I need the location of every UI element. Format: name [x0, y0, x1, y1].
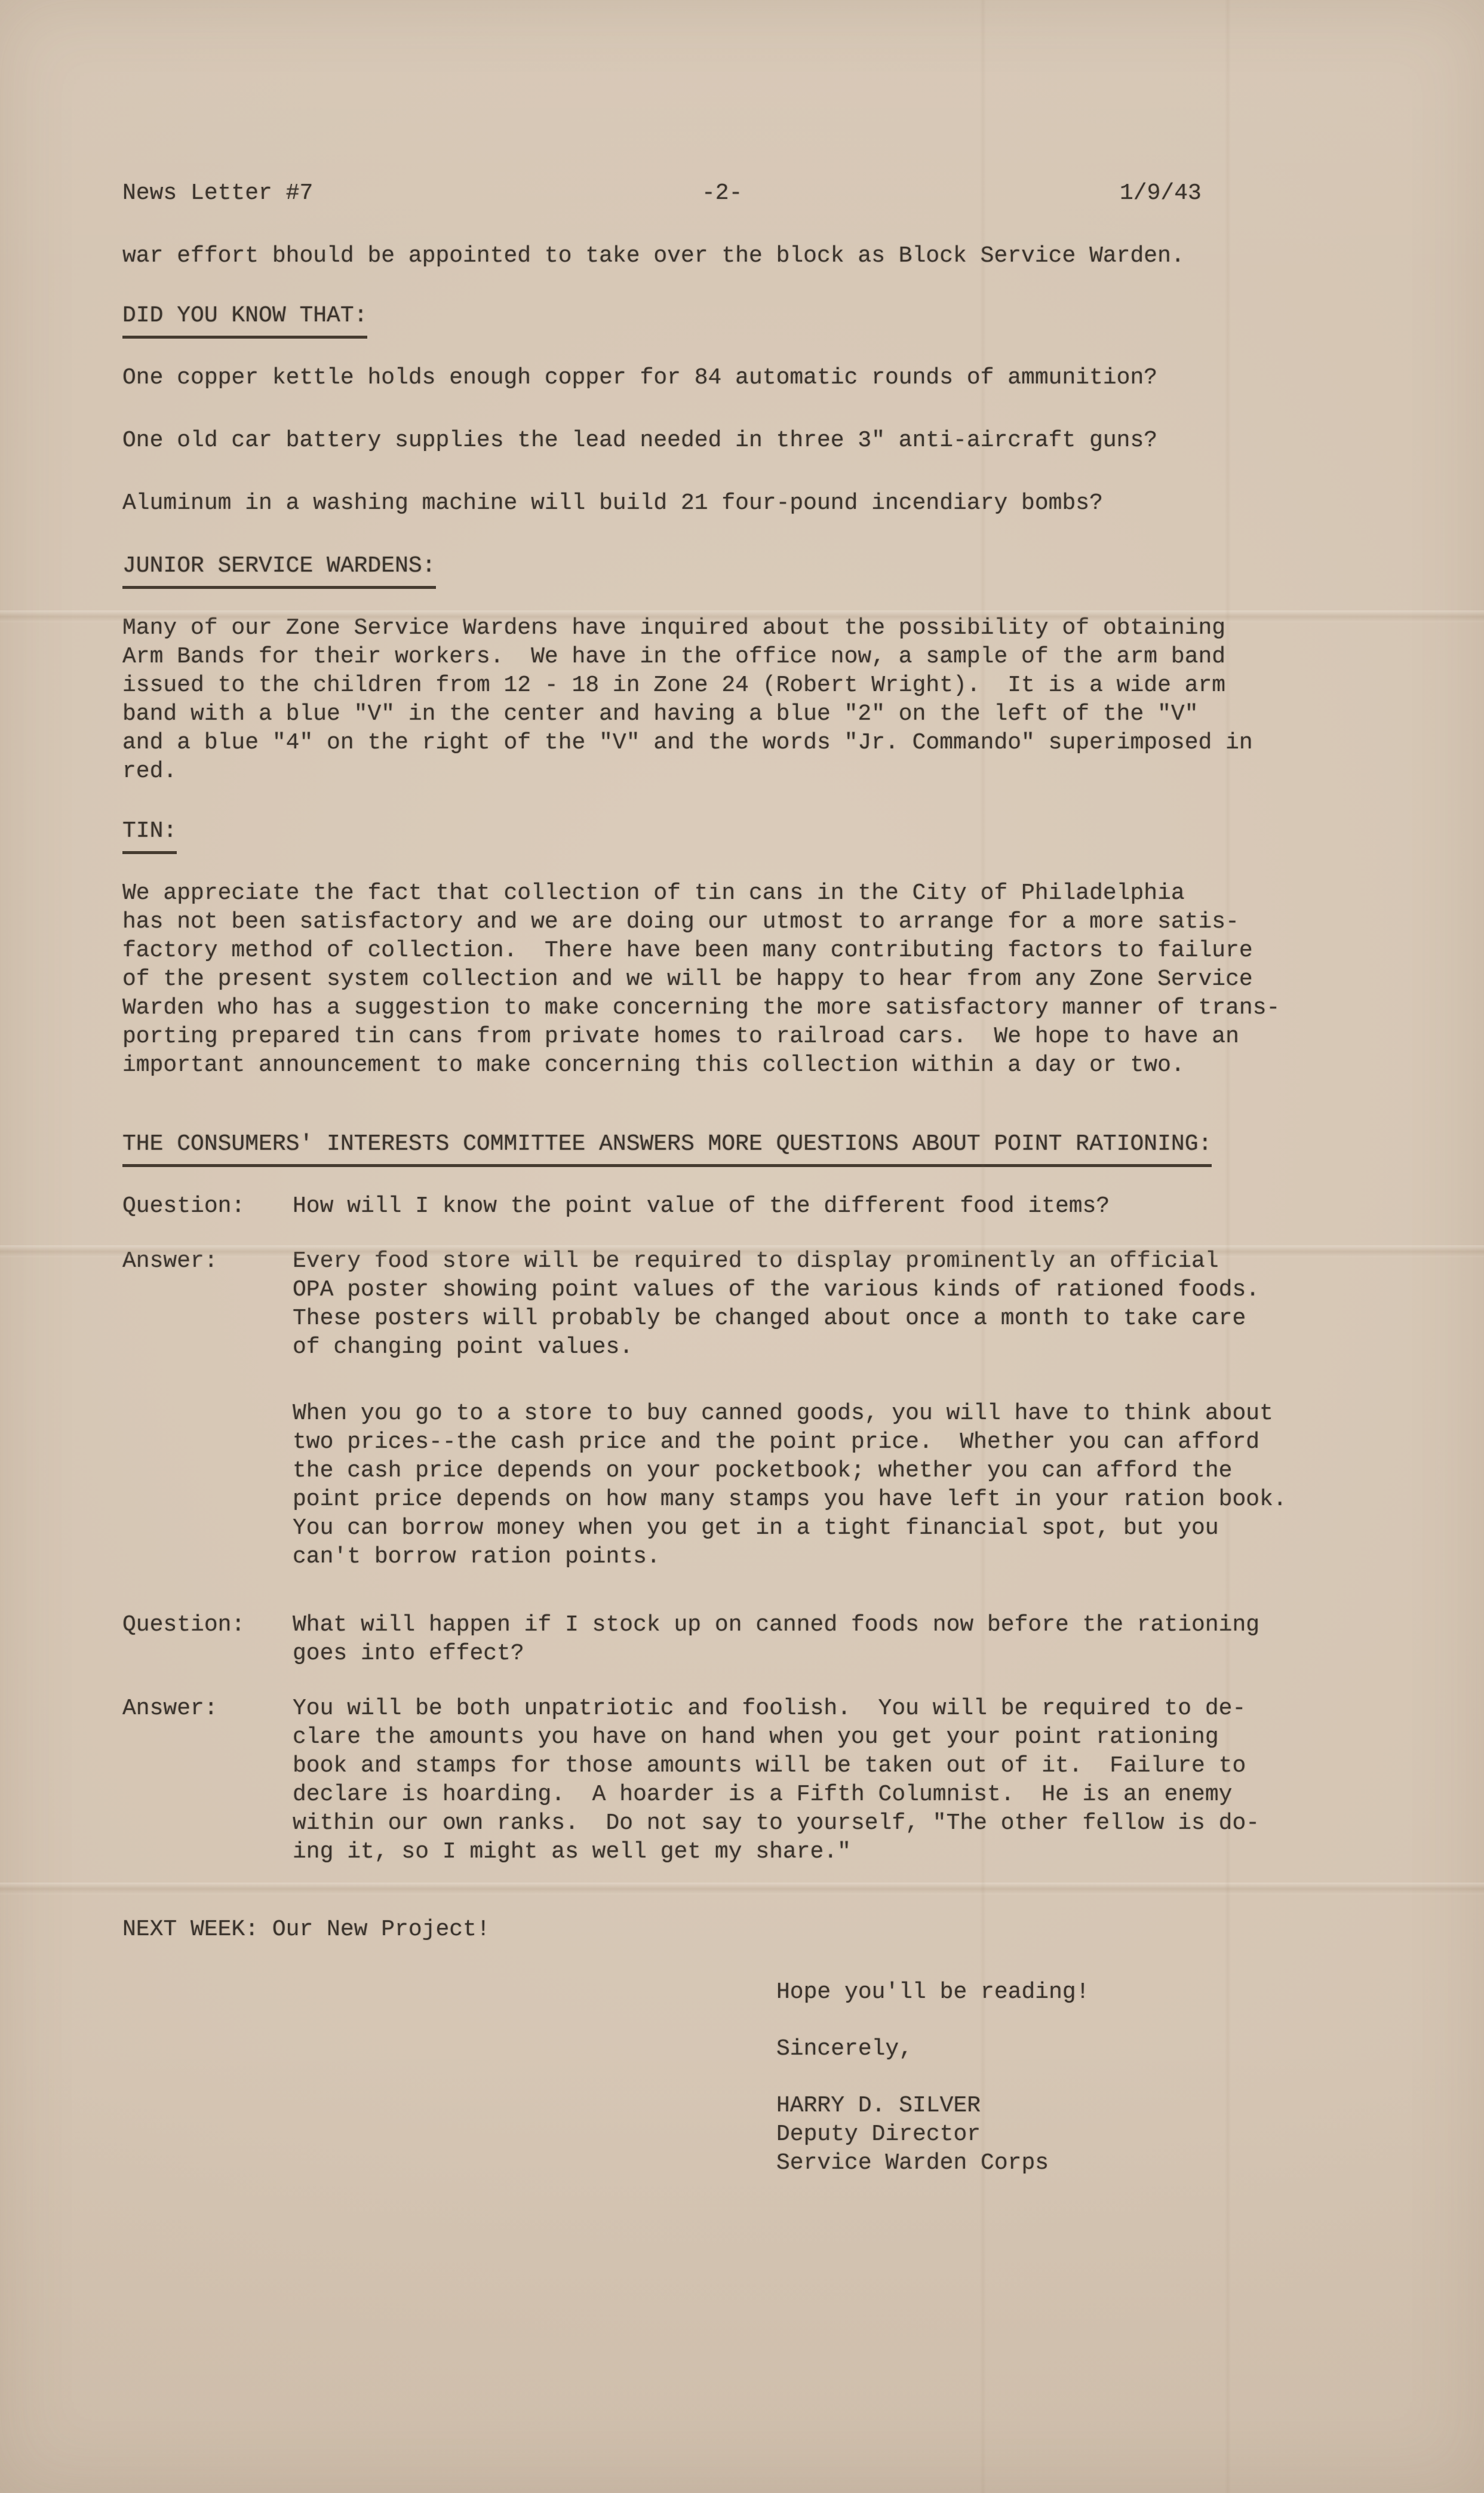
page-header: News Letter #7 -2- 1/9/43: [122, 179, 1388, 208]
junior-wardens-paragraph: Many of our Zone Service Wardens have in…: [122, 614, 1388, 786]
fold-crease-horizontal: [0, 1883, 1484, 1895]
answer-line: book and stamps for those amounts will b…: [293, 1752, 1388, 1780]
rationing-heading-text: THE CONSUMERS' INTERESTS COMMITTEE ANSWE…: [122, 1130, 1212, 1167]
paragraph-line: porting prepared tin cans from private h…: [122, 1023, 1388, 1051]
qa-block-2: Question: What will happen if I stock up…: [122, 1611, 1388, 1866]
answer-line: two prices--the cash price and the point…: [293, 1428, 1388, 1457]
lead-sentence: war effort bhould be appointed to take o…: [122, 242, 1388, 271]
fact-line: One copper kettle holds enough copper fo…: [122, 364, 1388, 392]
paragraph-line: Arm Bands for their workers. We have in …: [122, 643, 1388, 671]
answer-line: the cash price depends on your pocketboo…: [293, 1457, 1388, 1485]
question-row: Question: How will I know the point valu…: [122, 1192, 1388, 1221]
answer-line: You will be both unpatriotic and foolish…: [293, 1694, 1388, 1723]
question-row: Question: What will happen if I stock up…: [122, 1611, 1388, 1668]
answer-line: can't borrow ration points.: [293, 1543, 1388, 1571]
paragraph-line: and a blue "4" on the right of the "V" a…: [122, 729, 1388, 757]
answer-line: You can borrow money when you get in a t…: [293, 1514, 1388, 1543]
signature-block: HARRY D. SILVER Deputy Director Service …: [776, 2092, 1388, 2178]
closing-salutation: Sincerely,: [776, 2035, 1388, 2064]
paragraph-line: Many of our Zone Service Wardens have in…: [122, 614, 1388, 643]
rationing-heading: THE CONSUMERS' INTERESTS COMMITTEE ANSWE…: [122, 1130, 1388, 1167]
answer-row: Answer: Every food store will be require…: [122, 1247, 1388, 1571]
question-label: Question:: [122, 1192, 293, 1221]
answer-line: clare the amounts you have on hand when …: [293, 1723, 1388, 1752]
junior-wardens-heading: JUNIOR SERVICE WARDENS:: [122, 552, 1388, 589]
next-week-line: NEXT WEEK: Our New Project!: [122, 1915, 1388, 1944]
answer-label: Answer:: [122, 1247, 293, 1276]
tin-paragraph: We appreciate the fact that collection o…: [122, 879, 1388, 1080]
did-you-know-heading: DID YOU KNOW THAT:: [122, 302, 1388, 339]
answer-line: point price depends on how many stamps y…: [293, 1485, 1388, 1514]
answer-line: OPA poster showing point values of the v…: [293, 1276, 1388, 1304]
tin-heading-text: TIN:: [122, 817, 177, 854]
paragraph-line: factory method of collection. There have…: [122, 937, 1388, 965]
tin-heading: TIN:: [122, 817, 1388, 854]
paragraph-line: of the present system collection and we …: [122, 965, 1388, 994]
section-point-rationing: THE CONSUMERS' INTERESTS COMMITTEE ANSWE…: [122, 1130, 1388, 1866]
answer-paragraph: When you go to a store to buy canned goo…: [293, 1399, 1388, 1571]
page-date: 1/9/43: [1120, 179, 1202, 208]
facts-list: One copper kettle holds enough copper fo…: [122, 364, 1388, 518]
section-tin: TIN: We appreciate the fact that collect…: [122, 817, 1388, 1080]
junior-wardens-heading-text: JUNIOR SERVICE WARDENS:: [122, 552, 436, 589]
paragraph-line: important announcement to make concernin…: [122, 1051, 1388, 1080]
fact-line: One old car battery supplies the lead ne…: [122, 426, 1388, 455]
paragraph-line: has not been satisfactory and we are doi…: [122, 908, 1388, 937]
question-text: What will happen if I stock up on canned…: [293, 1611, 1388, 1668]
answer-line: When you go to a store to buy canned goo…: [293, 1399, 1388, 1428]
question-line: How will I know the point value of the d…: [293, 1192, 1388, 1221]
question-line: What will happen if I stock up on canned…: [293, 1611, 1388, 1640]
answer-paragraph: Every food store will be required to dis…: [293, 1247, 1388, 1362]
answer-line: Every food store will be required to dis…: [293, 1247, 1388, 1276]
signer-title: Deputy Director: [776, 2120, 1388, 2149]
question-label: Question:: [122, 1611, 293, 1640]
closing-block: Hope you'll be reading! Sincerely, HARRY…: [776, 1978, 1388, 2178]
page-number: -2-: [702, 179, 742, 208]
answer-line: within our own ranks. Do not say to your…: [293, 1809, 1388, 1838]
question-line: goes into effect?: [293, 1640, 1388, 1668]
answer-label: Answer:: [122, 1694, 293, 1723]
paragraph-line: band with a blue "V" in the center and h…: [122, 700, 1388, 729]
signer-name: HARRY D. SILVER: [776, 2092, 1388, 2120]
answer-line: These posters will probably be changed a…: [293, 1304, 1388, 1333]
answer-line: ing it, so I might as well get my share.…: [293, 1838, 1388, 1866]
did-you-know-heading-text: DID YOU KNOW THAT:: [122, 302, 367, 339]
paragraph-line: Warden who has a suggestion to make conc…: [122, 994, 1388, 1023]
answer-line: declare is hoarding. A hoarder is a Fift…: [293, 1780, 1388, 1809]
fact-line: Aluminum in a washing machine will build…: [122, 489, 1388, 518]
section-junior-service-wardens: JUNIOR SERVICE WARDENS: Many of our Zone…: [122, 552, 1388, 786]
answer-text: You will be both unpatriotic and foolish…: [293, 1694, 1388, 1866]
answer-row: Answer: You will be both unpatriotic and…: [122, 1694, 1388, 1866]
paragraph-line: issued to the children from 12 - 18 in Z…: [122, 671, 1388, 700]
qa-block-1: Question: How will I know the point valu…: [122, 1192, 1388, 1571]
newsletter-title: News Letter #7: [122, 179, 313, 208]
signer-org: Service Warden Corps: [776, 2149, 1388, 2178]
paragraph-line: red.: [122, 757, 1388, 786]
answer-text: Every food store will be required to dis…: [293, 1247, 1388, 1571]
paragraph-line: We appreciate the fact that collection o…: [122, 879, 1388, 908]
section-did-you-know: DID YOU KNOW THAT: One copper kettle hol…: [122, 302, 1388, 518]
answer-paragraph: You will be both unpatriotic and foolish…: [293, 1694, 1388, 1866]
question-text: How will I know the point value of the d…: [293, 1192, 1388, 1221]
newsletter-page: News Letter #7 -2- 1/9/43 war effort bho…: [0, 0, 1484, 2493]
answer-line: of changing point values.: [293, 1333, 1388, 1362]
closing-hope: Hope you'll be reading!: [776, 1978, 1388, 2007]
